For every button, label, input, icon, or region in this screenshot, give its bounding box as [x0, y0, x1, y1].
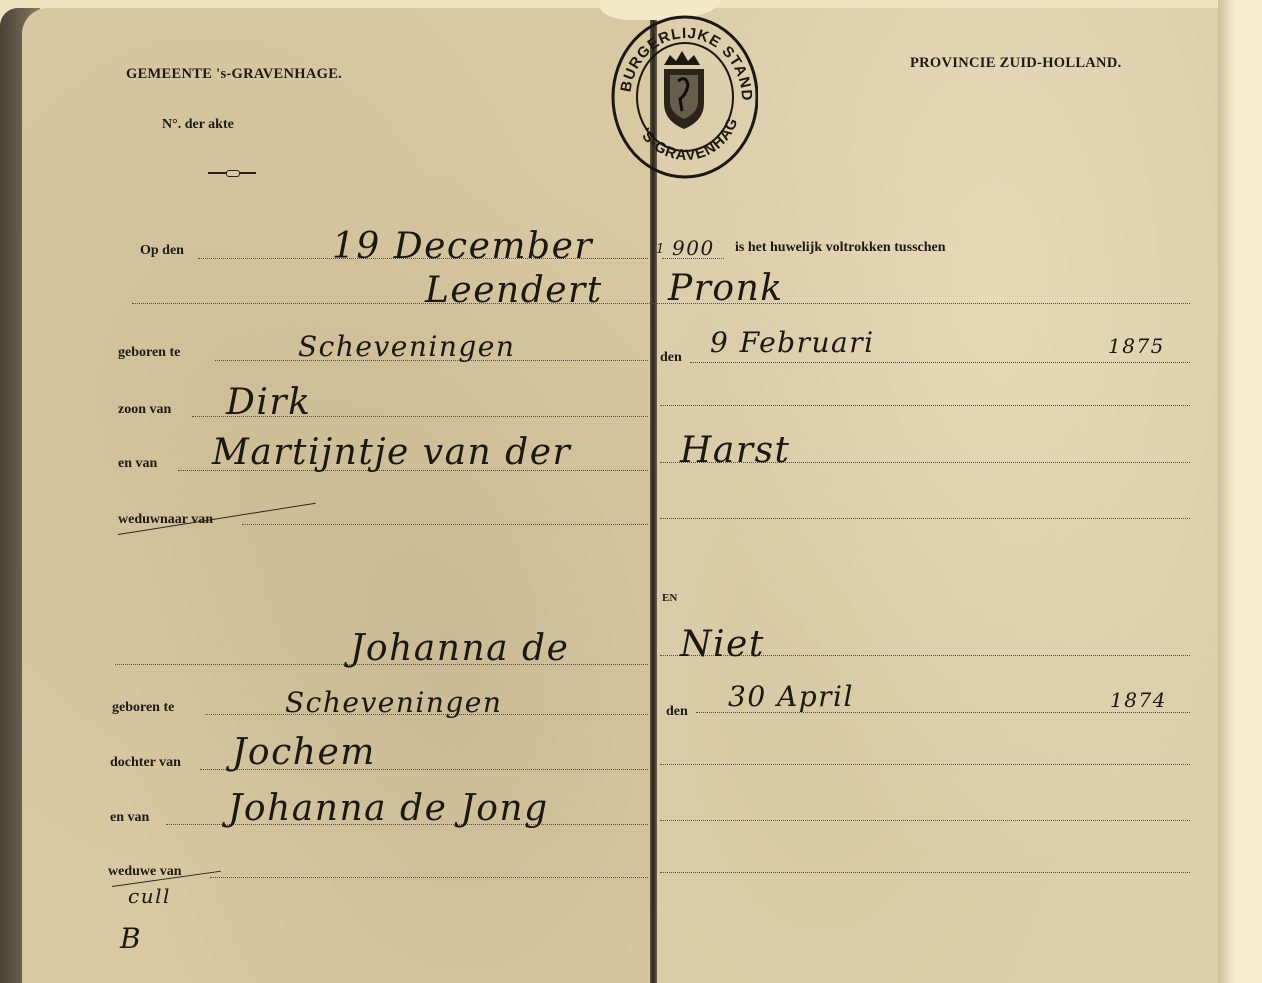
bride-birth-day-month: 30 April [728, 680, 854, 713]
groom-father: Dirk [226, 382, 311, 423]
marriage-year: 900 [672, 236, 715, 260]
marriage-booklet: GEMEENTE 's-GRAVENHAGE. N°. der akte PRO… [0, 0, 1262, 983]
marriage-clause: is het huwelijk voltrokken tusschen [735, 240, 946, 256]
dotted-line [132, 303, 1190, 304]
bride-name-part1: Johanna de [350, 628, 569, 669]
left-page [22, 8, 652, 983]
margin-note-line1: cull [128, 884, 171, 908]
mother-label: en van [118, 456, 157, 472]
bride-mother-label: en van [110, 810, 149, 826]
groom-last-name: Pronk [668, 268, 784, 309]
margin-note-initial: B [120, 922, 142, 955]
bride-birth-year: 1874 [1110, 688, 1167, 712]
groom-mother-part1: Martijntje van der [212, 432, 571, 473]
dotted-line [660, 405, 1190, 406]
background-edge [1218, 0, 1262, 983]
marriage-day-month: 19 December [332, 226, 593, 267]
year-prefix: 1 [656, 242, 666, 257]
dotted-line [660, 518, 1190, 519]
date-label: Op den [140, 243, 184, 259]
bride-birthplace: Scheveningen [285, 686, 502, 719]
dotted-line [660, 764, 1190, 765]
dotted-line [210, 877, 648, 878]
ornament-divider [208, 170, 256, 176]
bride-mother: Johanna de Jong [228, 788, 549, 829]
dotted-line [660, 872, 1190, 873]
dotted-line [242, 524, 648, 525]
groom-first-name: Leendert [425, 270, 603, 311]
dotted-line [660, 820, 1190, 821]
groom-mother-part2: Harst [680, 430, 791, 471]
groom-born-date-label: den [660, 350, 682, 366]
municipality-header: GEMEENTE 's-GRAVENHAGE. [126, 66, 342, 83]
father-label: zoon van [118, 402, 171, 418]
civil-registry-stamp-icon: BURGERLIJKE STAND 'S-GRAVENHAGE [608, 5, 758, 180]
groom-birthplace: Scheveningen [298, 330, 515, 363]
bride-born-label: geboren te [112, 700, 174, 716]
separator-en: EN [662, 592, 677, 604]
bride-name-part2: Niet [680, 624, 765, 665]
bride-born-date-label: den [666, 704, 688, 720]
dotted-line [690, 362, 1190, 363]
province-header: PROVINCIE ZUID-HOLLAND. [910, 55, 1122, 72]
act-number-label: N°. der akte [162, 117, 234, 133]
groom-birth-year: 1875 [1108, 334, 1165, 358]
bride-father-label: dochter van [110, 755, 181, 771]
groom-birth-day-month: 9 Februari [710, 326, 875, 359]
groom-born-label: geboren te [118, 345, 180, 361]
bride-father: Jochem [232, 732, 376, 773]
